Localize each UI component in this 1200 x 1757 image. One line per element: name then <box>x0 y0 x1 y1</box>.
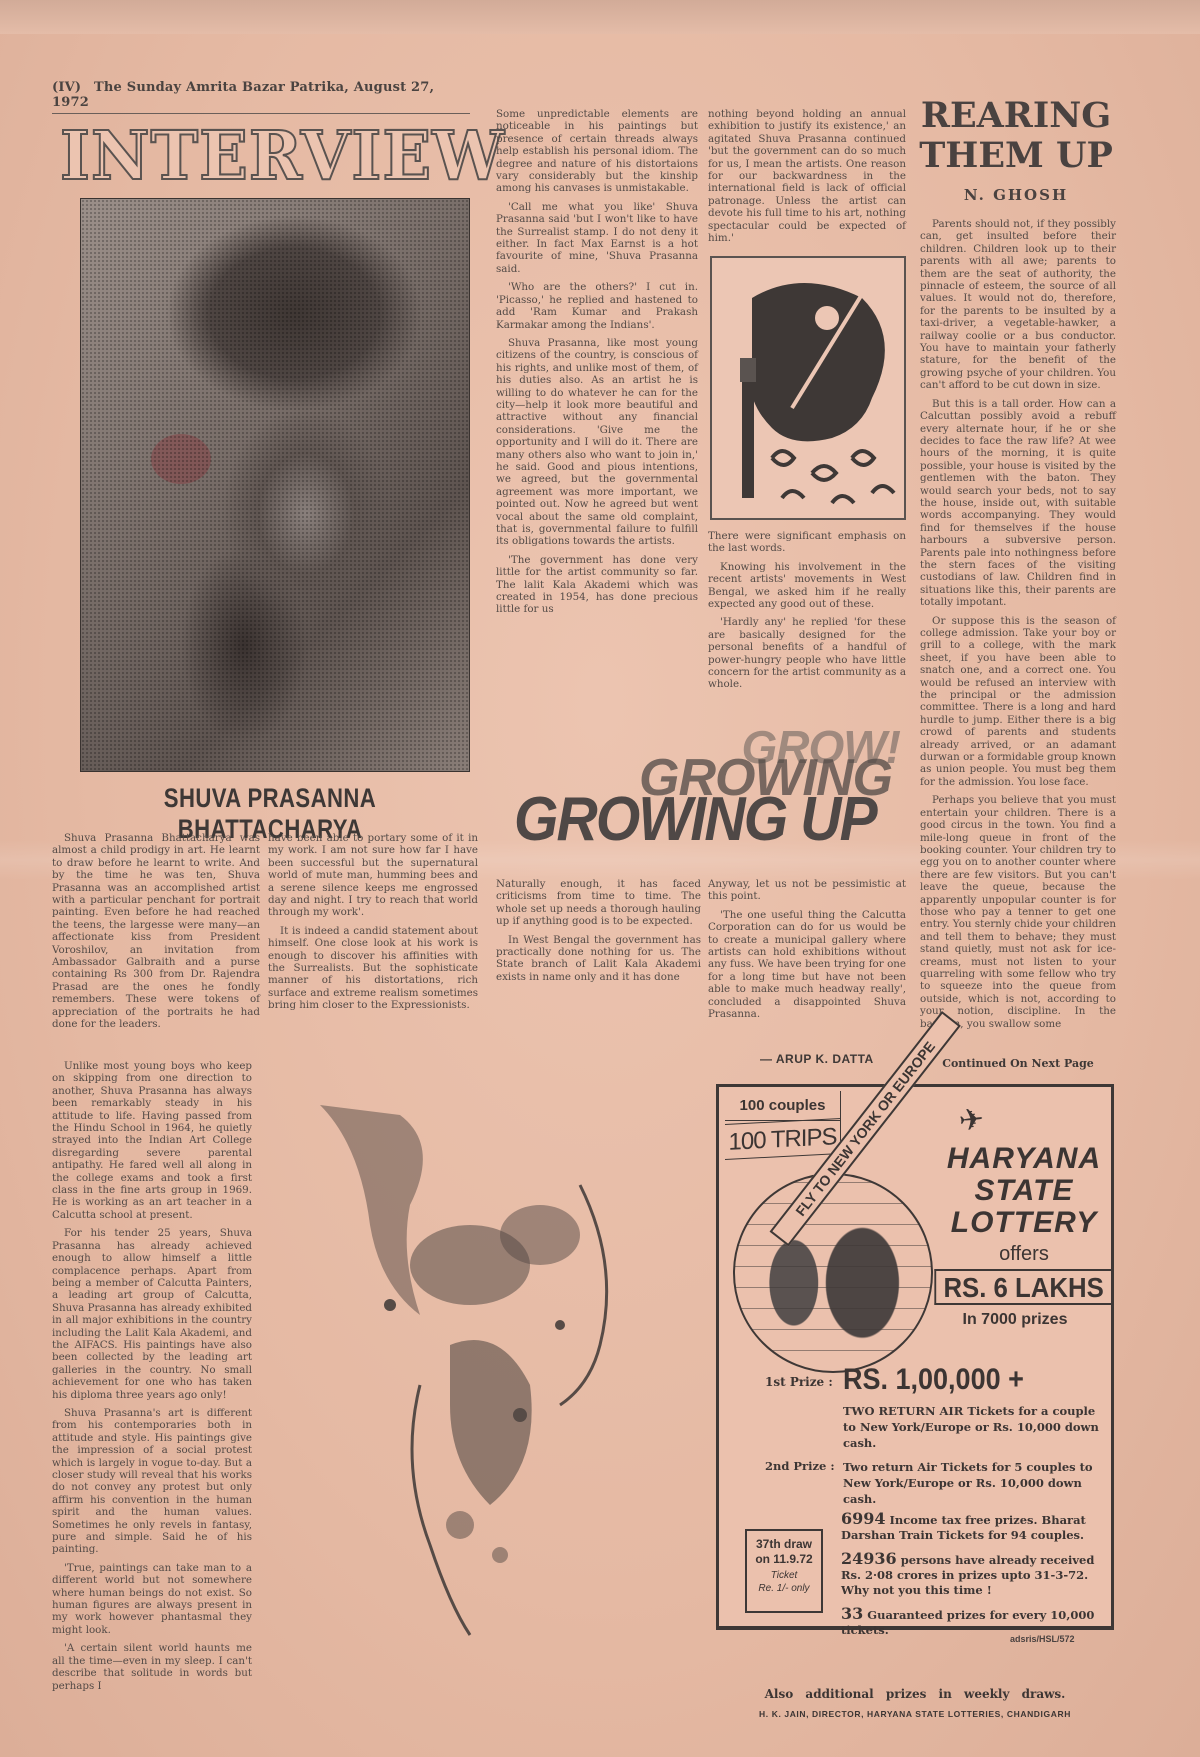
rearing-headline: REARING THEM UP <box>914 96 1118 176</box>
ad-badge-trips: 100 TRIPS <box>725 1118 841 1160</box>
headline-line-2: THEM UP <box>914 136 1118 176</box>
interview-column-3: Some unpredictable elements are noticeab… <box>496 108 698 622</box>
paragraph: Perhaps you believe that you must entert… <box>920 794 1116 1030</box>
interview-column-4-continued: There were significant emphasis on the l… <box>708 530 906 697</box>
growing-up-heading: GROW! GROWING GROWING UP <box>500 720 910 860</box>
ad-offers: offers <box>939 1243 1109 1266</box>
haryana-lottery-advertisement: 100 couples 100 TRIPS FLY TO NEW YORK OR… <box>716 1084 1114 1630</box>
portrait-photo <box>80 198 470 772</box>
paragraph: nothing beyond holding an annual exhibit… <box>708 108 906 244</box>
paragraph: For his tender 25 years, Shuva Prasanna … <box>52 1227 252 1401</box>
fact-number: 33 <box>841 1604 863 1623</box>
masthead: (IV) The Sunday Amrita Bazar Patrika, Au… <box>52 80 470 114</box>
abstract-figure-icon <box>300 1085 660 1645</box>
heading-growing-up: GROWING UP <box>514 784 876 855</box>
paper-top-edge <box>0 0 1200 34</box>
paragraph: 'Call me what you like' Shuva Prasanna s… <box>496 201 698 275</box>
paragraph: Anyway, let us not be pessimistic at thi… <box>708 878 906 903</box>
paragraph: Shuva Prasanna Bhattacharya was almost a… <box>52 832 260 1031</box>
paragraph: Shuva Prasanna, like most young citizens… <box>496 337 698 548</box>
ad-code: adsris/HSL/572 <box>1010 1634 1075 1644</box>
ad-total-prize: RS. 6 LAKHS <box>934 1269 1111 1305</box>
interview-column-6: Naturally enough, it has faced criticism… <box>496 878 701 989</box>
paragraph: Shuva Prasanna's art is different from h… <box>52 1407 252 1556</box>
first-prize-value: RS. 1,00,000 + <box>843 1363 1024 1397</box>
ink-stain <box>151 434 211 484</box>
interview-column-4: nothing beyond holding an annual exhibit… <box>708 108 906 250</box>
draw-date-box: 37th draw on 11.9.72 Ticket Re. 1/- only <box>745 1529 823 1613</box>
paragraph: 'Who are the others?' I cut in. 'Picasso… <box>496 281 698 331</box>
ad-director-line: H. K. JAIN, DIRECTOR, HARYANA STATE LOTT… <box>719 1709 1111 1719</box>
continued-notice: Continued On Next Page <box>920 1057 1116 1070</box>
ad-title: HARYANA STATE LOTTERY <box>939 1143 1109 1239</box>
ad-badge-couples: 100 couples <box>725 1091 841 1121</box>
fact-item: 24936 persons have already received Rs. … <box>841 1551 1107 1598</box>
ad-title-line: LOTTERY <box>939 1207 1109 1239</box>
first-prize-label: 1st Prize : <box>765 1375 833 1389</box>
ticket-label: Ticket <box>747 1569 821 1582</box>
interview-column-2: have been able to portary some of it in … <box>268 832 478 1018</box>
fact-item: 6994 Income tax free prizes. Bharat Dars… <box>841 1511 1107 1543</box>
paragraph: Or suppose this is the season of college… <box>920 615 1116 789</box>
paragraph: 'The government has done very little for… <box>496 554 698 616</box>
paragraph: Unlike most young boys who keep on skipp… <box>52 1060 252 1221</box>
globe-icon <box>733 1173 933 1373</box>
second-prize-description: Two return Air Tickets for 5 couples to … <box>843 1459 1103 1507</box>
fact-text: Guaranteed prizes for every 10,000 ticke… <box>841 1608 1094 1637</box>
rearing-author: N. GHOSH <box>914 186 1118 204</box>
paragraph: In West Bengal the government has practi… <box>496 934 701 984</box>
ad-title-line: HARYANA <box>939 1143 1109 1175</box>
palette-illustration <box>710 256 906 520</box>
newspaper-page: (IV) The Sunday Amrita Bazar Patrika, Au… <box>0 0 1200 1757</box>
paragraph: It is indeed a candid statement about hi… <box>268 925 478 1012</box>
headline-line-1: REARING <box>914 96 1118 136</box>
draw-date: on 11.9.72 <box>747 1552 821 1567</box>
fact-number: 6994 <box>841 1509 886 1528</box>
paragraph: Naturally enough, it has faced criticism… <box>496 878 701 928</box>
ad-additional-prizes: Also additional prizes in weekly draws. <box>719 1687 1111 1701</box>
section-title-interview: INTERVIEW <box>60 114 472 200</box>
paragraph: 'The one useful thing the Calcutta Corpo… <box>708 909 906 1021</box>
interview-column-1: Shuva Prasanna Bhattacharya was almost a… <box>52 832 260 1037</box>
ad-facts: 6994 Income tax free prizes. Bharat Dars… <box>841 1511 1107 1646</box>
paragraph: 'Hardly any' he replied 'for these are b… <box>708 616 906 690</box>
second-prize-label: 2nd Prize : <box>765 1459 835 1473</box>
draw-number: 37th draw <box>747 1537 821 1552</box>
palette-brush-icon <box>712 258 906 520</box>
rearing-column: Parents should not, if they possibly can… <box>920 218 1116 1036</box>
ink-sketch-illustration <box>300 1085 660 1645</box>
airplane-icon: ✈ <box>957 1102 986 1139</box>
author-byline: — ARUP K. DATTA <box>760 1052 874 1066</box>
publication-line: The Sunday Amrita Bazar Patrika, August … <box>52 80 434 110</box>
paragraph: But this is a tall order. How can a Calc… <box>920 398 1116 609</box>
interview-column-7: Anyway, let us not be pessimistic at thi… <box>708 878 906 1026</box>
fact-number: 24936 <box>841 1549 897 1568</box>
ad-prize-count: In 7000 prizes <box>919 1311 1111 1329</box>
paragraph: have been able to portary some of it in … <box>268 832 478 919</box>
ad-title-line: STATE <box>939 1175 1109 1207</box>
interview-column-1-continued: Unlike most young boys who keep on skipp… <box>52 1060 252 1698</box>
paragraph: 'A certain silent world haunts me all th… <box>52 1642 252 1692</box>
page-number: (IV) <box>52 80 81 95</box>
paragraph: There were significant emphasis on the l… <box>708 530 906 555</box>
paragraph: 'True, paintings can take man to a diffe… <box>52 1562 252 1636</box>
paragraph: Some unpredictable elements are noticeab… <box>496 108 698 195</box>
first-prize-description: TWO RETURN AIR Tickets for a couple to N… <box>843 1403 1103 1451</box>
paragraph: Parents should not, if they possibly can… <box>920 218 1116 392</box>
paragraph: Knowing his involvement in the recent ar… <box>708 561 906 611</box>
ticket-price: Re. 1/- only <box>747 1582 821 1595</box>
